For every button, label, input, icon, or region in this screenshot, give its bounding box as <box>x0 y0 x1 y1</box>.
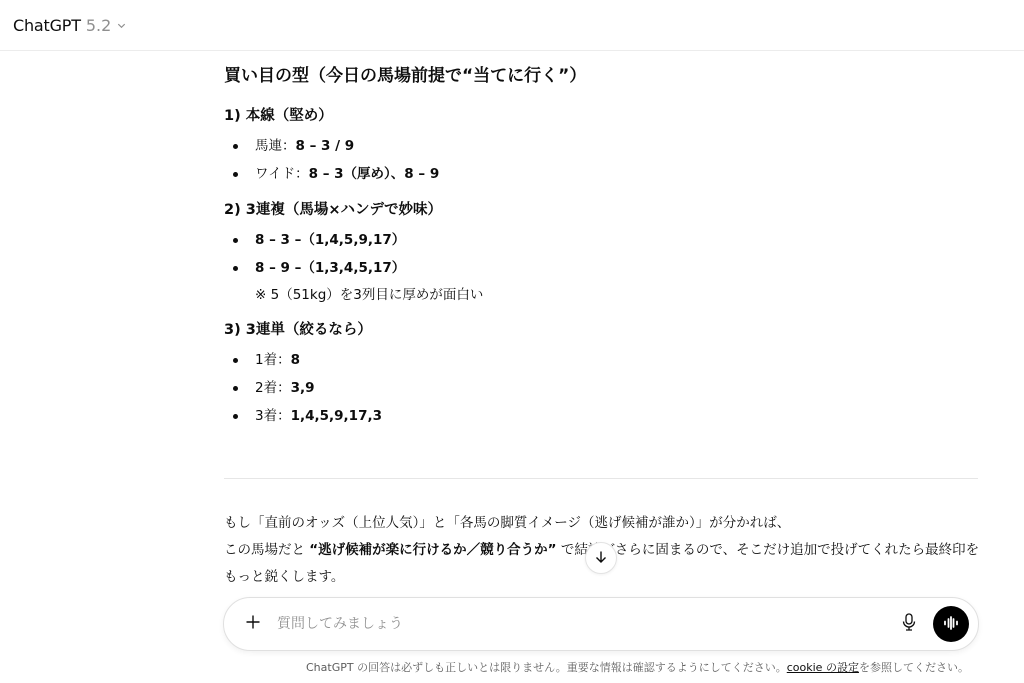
item-value: 8 <box>291 352 300 368</box>
voice-mode-button[interactable] <box>933 606 969 642</box>
item-value: 8 – 3 / 9 <box>296 138 355 154</box>
item-value: 8 – 9 –（1,3,4,5,17） <box>255 260 405 276</box>
model-version: 5.2 <box>86 16 111 35</box>
plus-icon <box>245 614 261 634</box>
item-value: 8 – 3 –（1,4,5,9,17） <box>255 232 405 248</box>
list-item: 馬連：8 – 3 / 9 <box>224 132 978 160</box>
divider <box>224 478 978 479</box>
cookie-settings-link[interactable]: cookie の設定 <box>787 661 859 674</box>
assistant-message: 買い目の型（今日の馬場前提で“当てに行く”） 1) 本線（堅め） 馬連：8 – … <box>224 58 978 430</box>
item-label: 1着： <box>255 352 291 368</box>
closing-emphasis: “逃げ候補が楽に行けるか／競り合うか” <box>309 542 556 558</box>
list-item: 2着：3,9 <box>224 374 978 402</box>
top-bar: ChatGPT 5.2 <box>0 0 1024 51</box>
section-heading-3: 3) 3連単（絞るなら） <box>224 318 978 342</box>
scroll-to-bottom-button[interactable] <box>585 542 617 574</box>
list-item: 1着：8 <box>224 346 978 374</box>
bullet-list-2: 8 – 3 –（1,4,5,9,17） 8 – 9 –（1,3,4,5,17） <box>224 226 978 282</box>
bullet-list-3: 1着：8 2着：3,9 3着：1,4,5,9,17,3 <box>224 346 978 430</box>
chevron-down-icon <box>116 20 127 31</box>
disclaimer-text-end: を参照してください。 <box>859 661 969 674</box>
item-value: 1,4,5,9,17,3 <box>291 408 382 424</box>
closing-prefix: この馬場だと <box>224 542 309 558</box>
item-label: 2着： <box>255 380 291 396</box>
item-label: 馬連： <box>255 138 296 154</box>
section-heading-1: 1) 本線（堅め） <box>224 104 978 128</box>
item-value: 8 – 3（厚め）、8 – 9 <box>309 166 440 182</box>
item-value: 3,9 <box>291 380 315 396</box>
composer <box>223 597 979 651</box>
list-item: ワイド：8 – 3（厚め）、8 – 9 <box>224 160 978 188</box>
list-item: 3着：1,4,5,9,17,3 <box>224 402 978 430</box>
list-item: 8 – 3 –（1,4,5,9,17） <box>224 226 978 254</box>
message-title: 買い目の型（今日の馬場前提で“当てに行く”） <box>224 58 978 94</box>
item-label: ワイド： <box>255 166 309 182</box>
arrow-down-icon <box>594 549 608 568</box>
section-heading-2: 2) 3連複（馬場×ハンデで妙味） <box>224 198 978 222</box>
add-attachment-button[interactable] <box>241 612 265 636</box>
dictate-button[interactable] <box>895 610 923 638</box>
list-item: 8 – 9 –（1,3,4,5,17） <box>224 254 978 282</box>
model-name: ChatGPT <box>13 16 81 35</box>
bullet-list-1: 馬連：8 – 3 / 9 ワイド：8 – 3（厚め）、8 – 9 <box>224 132 978 188</box>
disclaimer-text: ChatGPT の回答は必ずしも正しいとは限りません。重要な情報は確認するように… <box>306 661 787 674</box>
prompt-input[interactable] <box>277 616 895 632</box>
item-label: 3着： <box>255 408 291 424</box>
microphone-icon <box>901 613 917 635</box>
closing-line-1: もし「直前のオッズ（上位人気）」と「各馬の脚質イメージ（逃げ候補が誰か）」が分か… <box>224 510 980 537</box>
voice-mode-icon <box>943 615 959 634</box>
model-selector[interactable]: ChatGPT 5.2 <box>13 16 127 35</box>
section-note: ※ 5（51kg）を3列目に厚めが面白い <box>224 282 978 308</box>
